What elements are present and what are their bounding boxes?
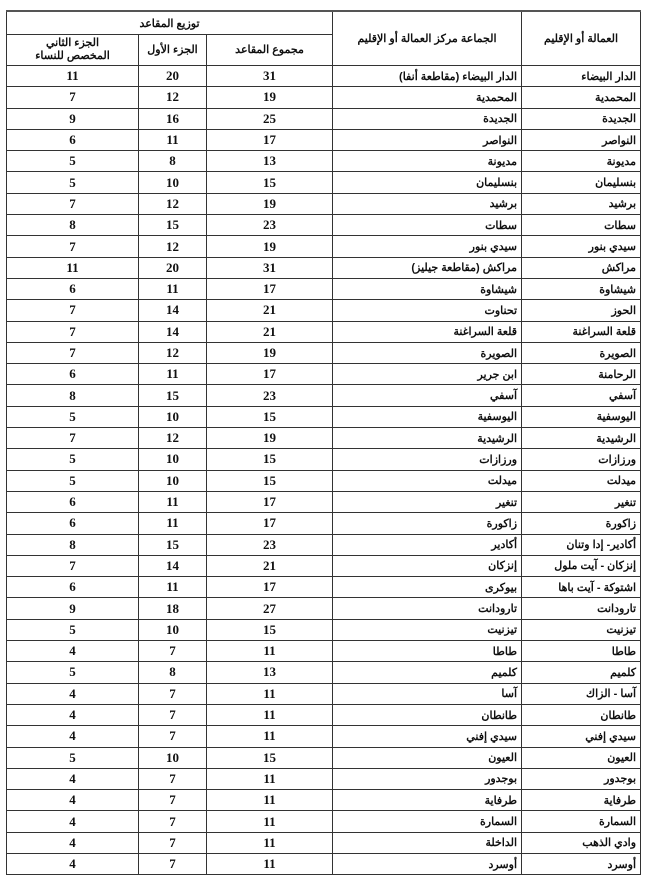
part2-seats-cell: 8	[7, 215, 139, 236]
prefecture-cell: الصويرة	[522, 342, 641, 363]
prefecture-cell: تارودانت	[522, 598, 641, 619]
part2-seats-cell: 4	[7, 811, 139, 832]
part1-seats-cell: 12	[139, 428, 207, 449]
table-row: كلميمكلميم1385	[7, 662, 641, 683]
part1-seats-cell: 7	[139, 832, 207, 853]
prefecture-cell: زاكورة	[522, 513, 641, 534]
header-part2-line1: الجزء الثاني	[11, 37, 134, 50]
part2-seats-cell: 4	[7, 641, 139, 662]
total-seats-cell: 13	[207, 662, 333, 683]
commune-cell: الدار البيضاء (مقاطعة أنفا)	[333, 66, 522, 87]
table-row: النواصرالنواصر17116	[7, 129, 641, 150]
commune-cell: الصويرة	[333, 342, 522, 363]
part2-seats-cell: 5	[7, 619, 139, 640]
commune-cell: أوسرد	[333, 853, 522, 874]
part1-seats-cell: 7	[139, 641, 207, 662]
part2-seats-cell: 7	[7, 321, 139, 342]
part1-seats-cell: 14	[139, 300, 207, 321]
total-seats-cell: 11	[207, 790, 333, 811]
header-part2: الجزء الثاني المخصص للنساء	[7, 35, 139, 66]
table-row: طاطاطاطا1174	[7, 641, 641, 662]
prefecture-cell: الجديدة	[522, 108, 641, 129]
table-row: زاكورةزاكورة17116	[7, 513, 641, 534]
commune-cell: تيزنيت	[333, 619, 522, 640]
prefecture-cell: اشتوكة - آيت باها	[522, 577, 641, 598]
part1-seats-cell: 7	[139, 683, 207, 704]
table-row: وادي الذهبالداخلة1174	[7, 832, 641, 853]
part1-seats-cell: 15	[139, 385, 207, 406]
commune-cell: الرشيدية	[333, 428, 522, 449]
part2-seats-cell: 6	[7, 129, 139, 150]
prefecture-cell: بنسليمان	[522, 172, 641, 193]
part2-seats-cell: 8	[7, 385, 139, 406]
part1-seats-cell: 12	[139, 87, 207, 108]
part2-seats-cell: 6	[7, 364, 139, 385]
total-seats-cell: 15	[207, 747, 333, 768]
commune-cell: النواصر	[333, 129, 522, 150]
table-row: تارودانتتارودانت27189	[7, 598, 641, 619]
part1-seats-cell: 7	[139, 704, 207, 725]
commune-cell: إنزكان	[333, 555, 522, 576]
commune-cell: ورزازات	[333, 449, 522, 470]
total-seats-cell: 17	[207, 513, 333, 534]
part2-seats-cell: 8	[7, 534, 139, 555]
part2-seats-cell: 6	[7, 278, 139, 299]
total-seats-cell: 19	[207, 342, 333, 363]
prefecture-cell: تيزنيت	[522, 619, 641, 640]
table-body: الدار البيضاءالدار البيضاء (مقاطعة أنفا)…	[7, 66, 641, 875]
table-row: آسا - الزاكآسا1174	[7, 683, 641, 704]
table-row: تيزنيتتيزنيت15105	[7, 619, 641, 640]
prefecture-cell: ورزازات	[522, 449, 641, 470]
prefecture-cell: الدار البيضاء	[522, 66, 641, 87]
prefecture-cell: آسفي	[522, 385, 641, 406]
part2-seats-cell: 5	[7, 449, 139, 470]
commune-cell: الجديدة	[333, 108, 522, 129]
part2-seats-cell: 5	[7, 172, 139, 193]
total-seats-cell: 15	[207, 172, 333, 193]
commune-cell: شيشاوة	[333, 278, 522, 299]
total-seats-cell: 11	[207, 683, 333, 704]
prefecture-cell: شيشاوة	[522, 278, 641, 299]
total-seats-cell: 31	[207, 257, 333, 278]
table-row: ميدلتميدلت15105	[7, 470, 641, 491]
total-seats-cell: 19	[207, 87, 333, 108]
part1-seats-cell: 15	[139, 534, 207, 555]
total-seats-cell: 15	[207, 619, 333, 640]
table-row: طرفايةطرفاية1174	[7, 790, 641, 811]
total-seats-cell: 17	[207, 491, 333, 512]
prefecture-cell: أكادير- إدا وتنان	[522, 534, 641, 555]
part2-seats-cell: 7	[7, 193, 139, 214]
commune-cell: تارودانت	[333, 598, 522, 619]
prefecture-cell: العيون	[522, 747, 641, 768]
total-seats-cell: 27	[207, 598, 333, 619]
prefecture-cell: بوجدور	[522, 768, 641, 789]
part2-seats-cell: 4	[7, 726, 139, 747]
commune-cell: المحمدية	[333, 87, 522, 108]
prefecture-cell: طانطان	[522, 704, 641, 725]
total-seats-cell: 23	[207, 215, 333, 236]
part2-seats-cell: 11	[7, 257, 139, 278]
part2-seats-cell: 7	[7, 300, 139, 321]
part2-seats-cell: 4	[7, 790, 139, 811]
commune-cell: بنسليمان	[333, 172, 522, 193]
total-seats-cell: 11	[207, 704, 333, 725]
part1-seats-cell: 11	[139, 129, 207, 150]
prefecture-cell: طاطا	[522, 641, 641, 662]
commune-cell: سيدي إفني	[333, 726, 522, 747]
total-seats-cell: 15	[207, 449, 333, 470]
prefecture-cell: آسا - الزاك	[522, 683, 641, 704]
total-seats-cell: 21	[207, 321, 333, 342]
part1-seats-cell: 11	[139, 513, 207, 534]
commune-cell: ابن جرير	[333, 364, 522, 385]
table-row: أكادير- إدا وتنانأكادير23158	[7, 534, 641, 555]
commune-cell: بوجدور	[333, 768, 522, 789]
commune-cell: مراكش (مقاطعة جيليز)	[333, 257, 522, 278]
table-row: اليوسفيةاليوسفية15105	[7, 406, 641, 427]
header-total: مجموع المقاعد	[207, 35, 333, 66]
commune-cell: طرفاية	[333, 790, 522, 811]
commune-cell: اليوسفية	[333, 406, 522, 427]
commune-cell: بيوكرى	[333, 577, 522, 598]
table-row: طانطانطانطان1174	[7, 704, 641, 725]
prefecture-cell: المحمدية	[522, 87, 641, 108]
part1-seats-cell: 11	[139, 491, 207, 512]
total-seats-cell: 21	[207, 555, 333, 576]
header-part1: الجزء الأول	[139, 35, 207, 66]
total-seats-cell: 25	[207, 108, 333, 129]
part1-seats-cell: 7	[139, 790, 207, 811]
part1-seats-cell: 10	[139, 406, 207, 427]
commune-cell: أكادير	[333, 534, 522, 555]
part2-seats-cell: 7	[7, 342, 139, 363]
total-seats-cell: 17	[207, 577, 333, 598]
total-seats-cell: 23	[207, 534, 333, 555]
commune-cell: مديونة	[333, 151, 522, 172]
table-row: العيونالعيون15105	[7, 747, 641, 768]
total-seats-cell: 17	[207, 364, 333, 385]
part1-seats-cell: 11	[139, 364, 207, 385]
part2-seats-cell: 9	[7, 598, 139, 619]
prefecture-cell: مديونة	[522, 151, 641, 172]
part2-seats-cell: 7	[7, 555, 139, 576]
part1-seats-cell: 12	[139, 236, 207, 257]
commune-cell: الداخلة	[333, 832, 522, 853]
table-row: قلعة السراغنةقلعة السراغنة21147	[7, 321, 641, 342]
commune-cell: قلعة السراغنة	[333, 321, 522, 342]
table-row: الرشيديةالرشيدية19127	[7, 428, 641, 449]
commune-cell: كلميم	[333, 662, 522, 683]
part2-seats-cell: 6	[7, 491, 139, 512]
table-row: بنسليمانبنسليمان15105	[7, 172, 641, 193]
part2-seats-cell: 6	[7, 513, 139, 534]
part2-seats-cell: 9	[7, 108, 139, 129]
commune-cell: طانطان	[333, 704, 522, 725]
prefecture-cell: الحوز	[522, 300, 641, 321]
total-seats-cell: 11	[207, 853, 333, 874]
part1-seats-cell: 20	[139, 66, 207, 87]
total-seats-cell: 17	[207, 129, 333, 150]
part1-seats-cell: 7	[139, 853, 207, 874]
commune-cell: سيدي بنور	[333, 236, 522, 257]
part2-seats-cell: 5	[7, 406, 139, 427]
commune-cell: آسفي	[333, 385, 522, 406]
part1-seats-cell: 12	[139, 193, 207, 214]
part2-seats-cell: 5	[7, 662, 139, 683]
table-row: أوسردأوسرد1174	[7, 853, 641, 874]
part1-seats-cell: 10	[139, 449, 207, 470]
prefecture-cell: كلميم	[522, 662, 641, 683]
part2-seats-cell: 7	[7, 236, 139, 257]
commune-cell: العيون	[333, 747, 522, 768]
part2-seats-cell: 5	[7, 747, 139, 768]
prefecture-cell: أوسرد	[522, 853, 641, 874]
commune-cell: تحناوت	[333, 300, 522, 321]
prefecture-cell: السمارة	[522, 811, 641, 832]
prefecture-cell: تنغير	[522, 491, 641, 512]
prefecture-cell: مراكش	[522, 257, 641, 278]
table-row: تنغيرتنغير17116	[7, 491, 641, 512]
table-row: ورزازاتورزازات15105	[7, 449, 641, 470]
commune-cell: سطات	[333, 215, 522, 236]
part1-seats-cell: 7	[139, 768, 207, 789]
prefecture-cell: وادي الذهب	[522, 832, 641, 853]
commune-cell: طاطا	[333, 641, 522, 662]
part1-seats-cell: 14	[139, 555, 207, 576]
table-row: اشتوكة - آيت باهابيوكرى17116	[7, 577, 641, 598]
prefecture-cell: النواصر	[522, 129, 641, 150]
header-prefecture: العمالة أو الإقليم	[522, 11, 641, 66]
table-row: الدار البيضاءالدار البيضاء (مقاطعة أنفا)…	[7, 66, 641, 87]
total-seats-cell: 11	[207, 832, 333, 853]
part1-seats-cell: 11	[139, 577, 207, 598]
prefecture-cell: الرحامنة	[522, 364, 641, 385]
part1-seats-cell: 15	[139, 215, 207, 236]
prefecture-cell: سيدي إفني	[522, 726, 641, 747]
prefecture-cell: طرفاية	[522, 790, 641, 811]
total-seats-cell: 11	[207, 726, 333, 747]
part1-seats-cell: 10	[139, 619, 207, 640]
table-row: المحمديةالمحمدية19127	[7, 87, 641, 108]
part1-seats-cell: 18	[139, 598, 207, 619]
total-seats-cell: 31	[207, 66, 333, 87]
part2-seats-cell: 11	[7, 66, 139, 87]
table-row: الجديدةالجديدة25169	[7, 108, 641, 129]
total-seats-cell: 11	[207, 811, 333, 832]
header-part2-line2: المخصص للنساء	[11, 50, 134, 63]
part1-seats-cell: 16	[139, 108, 207, 129]
total-seats-cell: 19	[207, 236, 333, 257]
total-seats-cell: 15	[207, 406, 333, 427]
total-seats-cell: 23	[207, 385, 333, 406]
part1-seats-cell: 10	[139, 172, 207, 193]
part1-seats-cell: 12	[139, 342, 207, 363]
table-row: سيدي بنورسيدي بنور19127	[7, 236, 641, 257]
total-seats-cell: 11	[207, 768, 333, 789]
part2-seats-cell: 7	[7, 428, 139, 449]
table-row: الصويرةالصويرة19127	[7, 342, 641, 363]
part1-seats-cell: 8	[139, 151, 207, 172]
prefecture-cell: الرشيدية	[522, 428, 641, 449]
commune-cell: ميدلت	[333, 470, 522, 491]
prefecture-cell: إنزكان - آيت ملول	[522, 555, 641, 576]
part2-seats-cell: 4	[7, 853, 139, 874]
table-row: إنزكان - آيت ملولإنزكان21147	[7, 555, 641, 576]
prefecture-cell: برشيد	[522, 193, 641, 214]
commune-cell: السمارة	[333, 811, 522, 832]
part1-seats-cell: 10	[139, 747, 207, 768]
table-row: سيدي إفنيسيدي إفني1174	[7, 726, 641, 747]
seat-distribution-table: العمالة أو الإقليم الجماعة مركز العمالة …	[6, 10, 641, 875]
prefecture-cell: سطات	[522, 215, 641, 236]
table-row: مديونةمديونة1385	[7, 151, 641, 172]
commune-cell: آسا	[333, 683, 522, 704]
part2-seats-cell: 4	[7, 832, 139, 853]
part2-seats-cell: 5	[7, 151, 139, 172]
table-row: السمارةالسمارة1174	[7, 811, 641, 832]
part2-seats-cell: 7	[7, 87, 139, 108]
total-seats-cell: 13	[207, 151, 333, 172]
part2-seats-cell: 4	[7, 704, 139, 725]
part1-seats-cell: 20	[139, 257, 207, 278]
part1-seats-cell: 7	[139, 811, 207, 832]
total-seats-cell: 19	[207, 193, 333, 214]
part1-seats-cell: 11	[139, 278, 207, 299]
part2-seats-cell: 5	[7, 470, 139, 491]
part1-seats-cell: 14	[139, 321, 207, 342]
header-distribution: توزيع المقاعد	[7, 11, 333, 35]
table-row: بوجدوربوجدور1174	[7, 768, 641, 789]
part1-seats-cell: 10	[139, 470, 207, 491]
prefecture-cell: اليوسفية	[522, 406, 641, 427]
prefecture-cell: سيدي بنور	[522, 236, 641, 257]
table-row: الحوزتحناوت21147	[7, 300, 641, 321]
part2-seats-cell: 4	[7, 768, 139, 789]
table-row: الرحامنةابن جرير17116	[7, 364, 641, 385]
total-seats-cell: 11	[207, 641, 333, 662]
total-seats-cell: 15	[207, 470, 333, 491]
table-row: برشيدبرشيد19127	[7, 193, 641, 214]
part2-seats-cell: 6	[7, 577, 139, 598]
table-row: سطاتسطات23158	[7, 215, 641, 236]
prefecture-cell: ميدلت	[522, 470, 641, 491]
part2-seats-cell: 4	[7, 683, 139, 704]
commune-cell: زاكورة	[333, 513, 522, 534]
prefecture-cell: قلعة السراغنة	[522, 321, 641, 342]
table-row: شيشاوةشيشاوة17116	[7, 278, 641, 299]
part1-seats-cell: 8	[139, 662, 207, 683]
table-row: مراكشمراكش (مقاطعة جيليز)312011	[7, 257, 641, 278]
total-seats-cell: 19	[207, 428, 333, 449]
commune-cell: برشيد	[333, 193, 522, 214]
commune-cell: تنغير	[333, 491, 522, 512]
table-row: آسفيآسفي23158	[7, 385, 641, 406]
part1-seats-cell: 7	[139, 726, 207, 747]
header-commune: الجماعة مركز العمالة أو الإقليم	[333, 11, 522, 66]
total-seats-cell: 17	[207, 278, 333, 299]
total-seats-cell: 21	[207, 300, 333, 321]
